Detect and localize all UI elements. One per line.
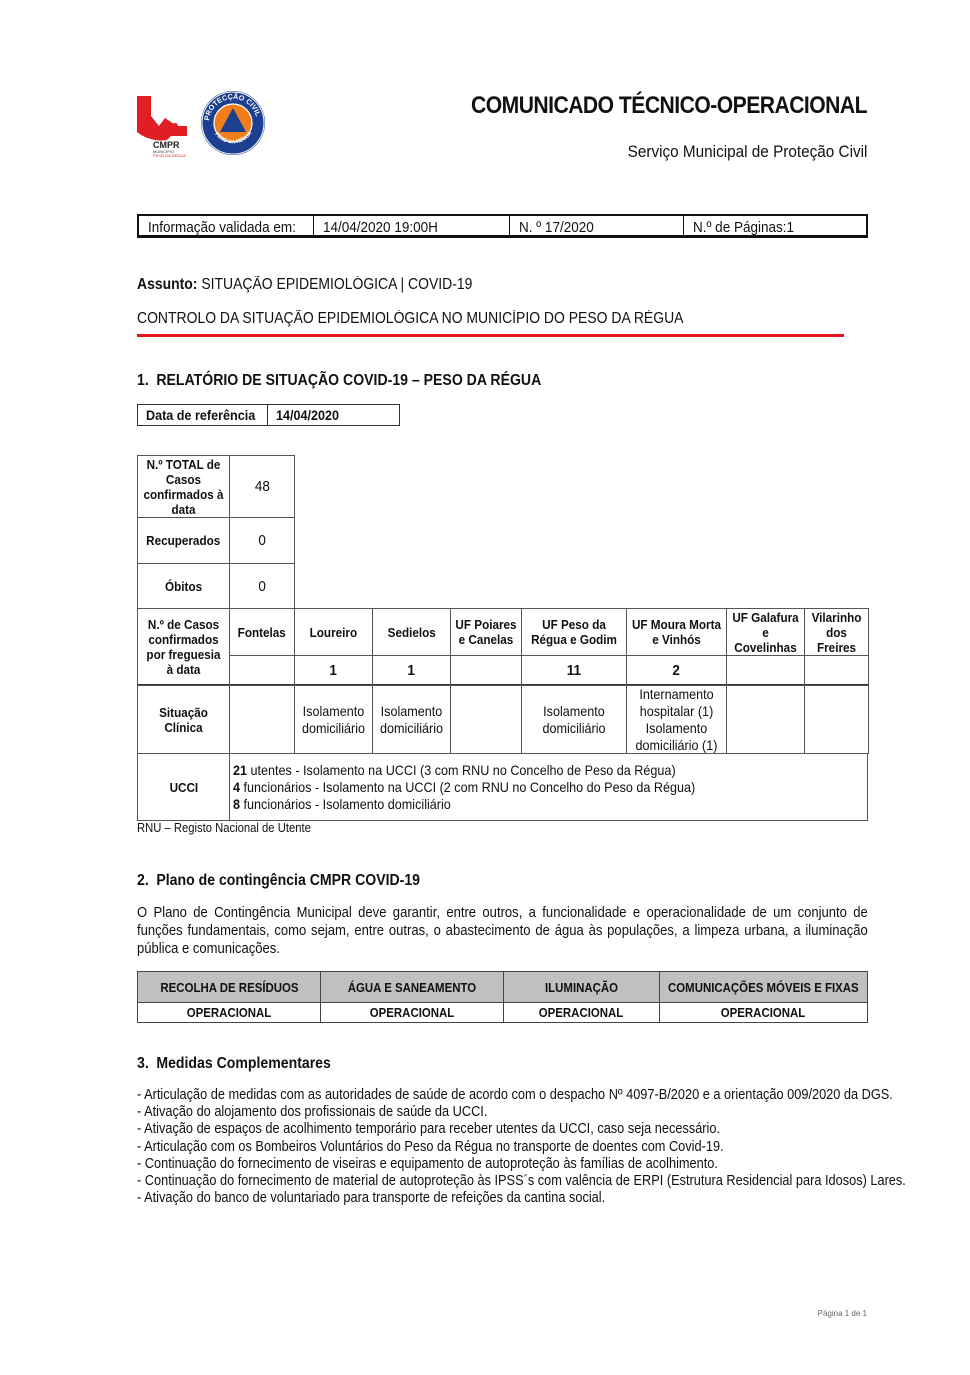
reference-date-value: 14/04/2020 bbox=[268, 405, 346, 425]
civil-protection-emblem-icon: PROTECÇÃO CIVIL PESO DA RÉGUA bbox=[200, 90, 266, 156]
subject-line: Assunto: SITUAÇÃO EPIDEMIOLÓGICA | COVID… bbox=[137, 276, 472, 294]
parish-header: UF Poiares e Canelas bbox=[450, 608, 522, 656]
parish-situation bbox=[726, 685, 805, 754]
service-status: OPERACIONAL bbox=[138, 1003, 321, 1022]
red-divider bbox=[137, 334, 844, 337]
proteccao-civil-logo: PROTECÇÃO CIVIL PESO DA RÉGUA bbox=[200, 90, 266, 156]
parish-situation: Isolamento domiciliário bbox=[521, 685, 627, 754]
parish-header: Vilarinho dos Freires bbox=[804, 608, 869, 656]
measure-item: - Continuação do fornecimento de viseira… bbox=[137, 1156, 906, 1173]
parish-header: Loureiro bbox=[294, 608, 373, 656]
info-bar: Informação validada em: 14/04/2020 19:00… bbox=[137, 214, 868, 238]
clinical-situation-label: Situação Clínica bbox=[137, 685, 230, 754]
communique-number: N. º 17/2020 bbox=[510, 216, 684, 235]
service-status: OPERACIONAL bbox=[321, 1003, 504, 1022]
parish-situation: Isolamento domiciliário bbox=[294, 685, 373, 754]
services-header-row: RECOLHA DE RESÍDUOS ÁGUA E SANEAMENTO IL… bbox=[138, 972, 867, 1003]
parish-header: Fontelas bbox=[229, 608, 295, 656]
deaths-value: 0 bbox=[229, 563, 295, 609]
services-status-row: OPERACIONAL OPERACIONAL OPERACIONAL OPER… bbox=[138, 1003, 867, 1022]
measure-item: - Continuação do fornecimento de materia… bbox=[137, 1173, 906, 1190]
measure-item: - Ativação de espaços de acolhimento tem… bbox=[137, 1121, 906, 1138]
measures-list: - Articulação de medidas com as autorida… bbox=[137, 1087, 970, 1207]
section-2-heading: 2.Plano de contingência CMPR COVID-19 bbox=[137, 872, 420, 890]
parish-cases bbox=[229, 655, 295, 686]
cmpr-logo-icon: CMPR MUNICÍPIO PESO DA RÉGUA bbox=[137, 96, 187, 158]
service-status: OPERACIONAL bbox=[504, 1003, 660, 1022]
subject-value: SITUAÇÃO EPIDEMIOLÓGICA | COVID-19 bbox=[197, 276, 472, 293]
parish-cases: 1 bbox=[294, 655, 373, 686]
parish-cases: 2 bbox=[626, 655, 727, 686]
parish-header: UF Galafura e Covelinhas bbox=[726, 608, 805, 656]
parish-situation: Isolamento domiciliário bbox=[372, 685, 451, 754]
parish-cases: 11 bbox=[521, 655, 627, 686]
rnu-footnote: RNU – Registo Nacional de Utente bbox=[137, 821, 311, 835]
cmpr-logo: CMPR MUNICÍPIO PESO DA RÉGUA bbox=[137, 96, 187, 158]
service-header: COMUNICAÇÕES MÓVEIS E FIXAS bbox=[660, 972, 867, 1003]
parish-cases bbox=[726, 655, 805, 686]
validated-datetime: 14/04/2020 19:00H bbox=[314, 216, 510, 235]
document-subtitle: Serviço Municipal de Proteção Civil bbox=[627, 142, 867, 162]
subject-label: Assunto: bbox=[137, 276, 197, 293]
parish-situation bbox=[804, 685, 869, 754]
service-header: ÁGUA E SANEAMENTO bbox=[321, 972, 504, 1003]
ucci-line-staff-home: 8 funcionários - Isolamento domiciliário bbox=[233, 796, 695, 813]
recovered-value: 0 bbox=[229, 517, 295, 564]
document-title: COMUNICADO TÉCNICO-OPERACIONAL bbox=[471, 92, 867, 120]
service-header: ILUMINAÇÃO bbox=[504, 972, 660, 1003]
measure-item: - Articulação com os Bombeiros Voluntári… bbox=[137, 1139, 906, 1156]
parish-header: Sedielos bbox=[372, 608, 451, 656]
parish-cases-row-label: N.º de Casos confirmados por freguesia à… bbox=[137, 608, 230, 686]
recovered-label: Recuperados bbox=[137, 517, 230, 564]
parish-cases bbox=[450, 655, 522, 686]
ucci-line-staff-ucci: 4 funcionários - Isolamento na UCCI (2 c… bbox=[233, 779, 695, 796]
parish-situation bbox=[229, 685, 295, 754]
total-cases-label: N.º TOTAL de Casos confirmados à data bbox=[137, 455, 230, 518]
reference-date-label: Data de referência bbox=[138, 405, 268, 425]
parish-situation: Internamento hospitalar (1)Isolamento do… bbox=[626, 685, 727, 754]
parish-header: UF Peso da Régua e Godim bbox=[521, 608, 627, 656]
measure-item: - Ativação do banco de voluntariado para… bbox=[137, 1190, 906, 1207]
ucci-label: UCCI bbox=[137, 753, 230, 821]
page-number: Página 1 de 1 bbox=[818, 1309, 867, 1318]
parish-situation bbox=[450, 685, 522, 754]
measure-item: - Articulação de medidas com as autorida… bbox=[137, 1087, 906, 1104]
section-3-heading: 3.Medidas Complementares bbox=[137, 1055, 331, 1073]
services-status-table: RECOLHA DE RESÍDUOS ÁGUA E SANEAMENTO IL… bbox=[137, 971, 868, 1023]
deaths-label: Óbitos bbox=[137, 563, 230, 609]
ucci-line-residents: 21 utentes - Isolamento na UCCI (3 com R… bbox=[233, 762, 695, 779]
parish-cases bbox=[804, 655, 869, 686]
section-1-heading: 1.RELATÓRIO DE SITUAÇÃO COVID-19 – PESO … bbox=[137, 372, 541, 390]
page-count: N.º de Páginas:1 bbox=[684, 216, 866, 235]
control-heading: CONTROLO DA SITUAÇÃO EPIDEMIOLÓGICA NO M… bbox=[137, 310, 683, 328]
svg-text:PESO DA RÉGUA: PESO DA RÉGUA bbox=[153, 153, 186, 158]
parish-header: UF Moura Morta e Vinhós bbox=[626, 608, 727, 656]
service-header: RECOLHA DE RESÍDUOS bbox=[138, 972, 321, 1003]
measure-item: - Ativação do alojamento dos profissiona… bbox=[137, 1104, 906, 1121]
reference-date-table: Data de referência 14/04/2020 bbox=[137, 404, 400, 426]
ucci-details: 21 utentes - Isolamento na UCCI (3 com R… bbox=[229, 753, 868, 821]
validated-label: Informação validada em: bbox=[139, 216, 314, 235]
total-cases-value: 48 bbox=[229, 455, 295, 518]
contingency-paragraph: O Plano de Contingência Municipal deve g… bbox=[137, 904, 868, 958]
service-status: OPERACIONAL bbox=[660, 1003, 867, 1022]
parish-cases: 1 bbox=[372, 655, 451, 686]
